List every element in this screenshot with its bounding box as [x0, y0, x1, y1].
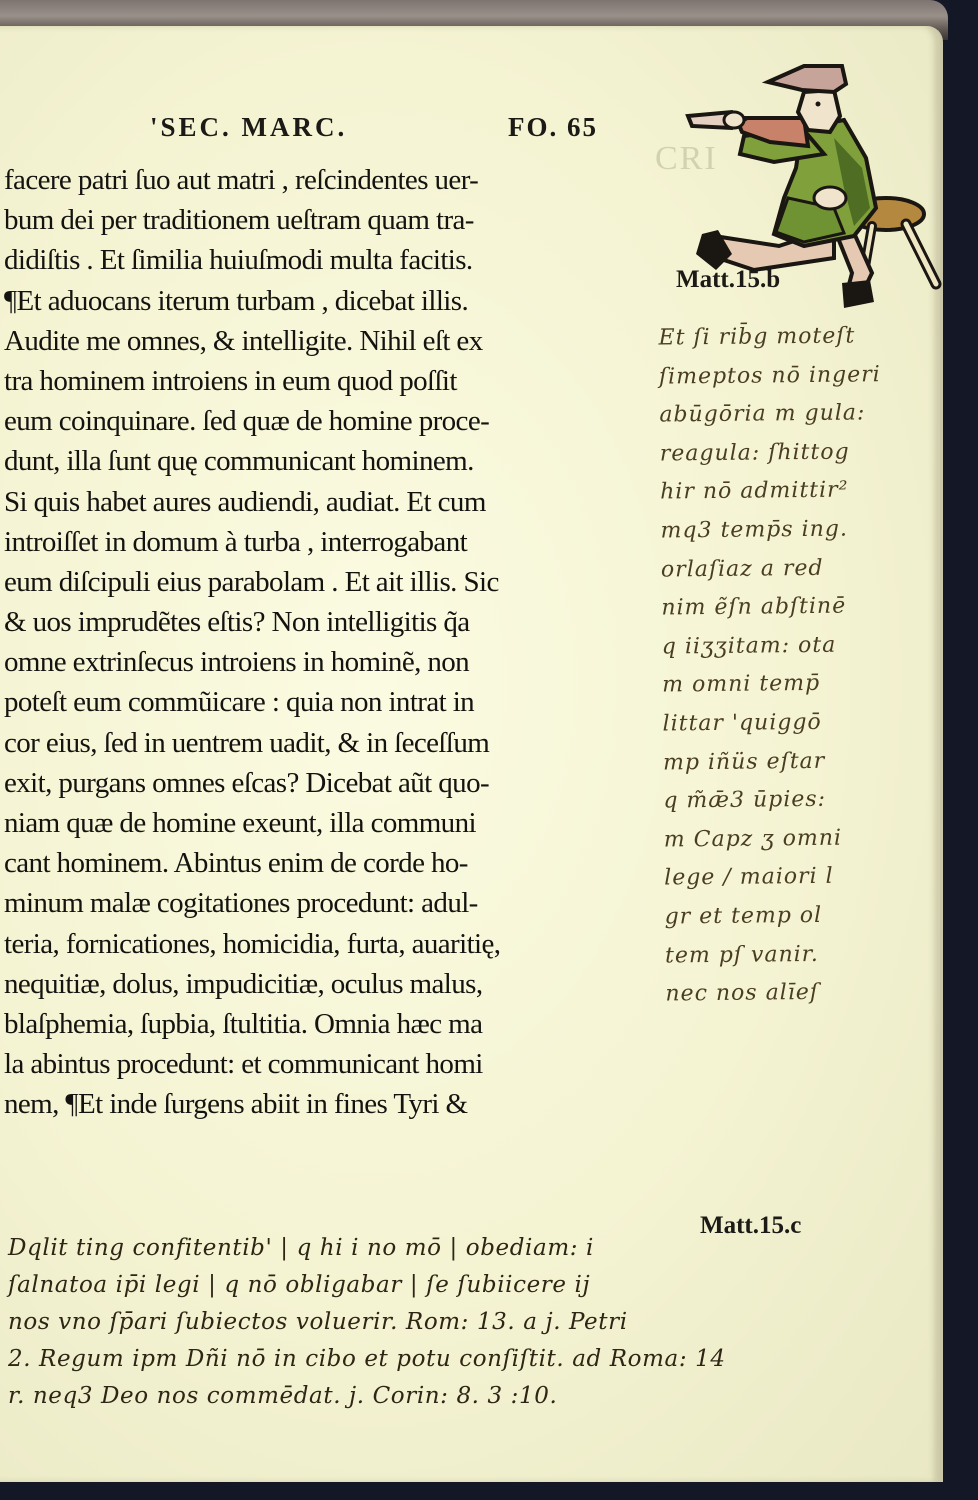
bottom-note-line: 2. Regum ipm Dñi nō in cibo et potu conſ…	[8, 1341, 953, 1378]
text-line: la abintus procedunt: et communicant hom…	[4, 1044, 669, 1084]
text-line: nequitiæ, dolus, impudicitiæ, oculus mal…	[4, 964, 669, 1004]
marginalia-line: nec nos alīeſ	[665, 973, 955, 1015]
text-line: bum dei per traditionem ueſtram quam tra…	[4, 200, 669, 240]
marginalia-line: lege / maiori l	[664, 857, 954, 899]
text-line: cor eius, ſed in uentrem uadit, & in ſec…	[4, 723, 669, 763]
marginalia-line: littar 'quiggō	[662, 702, 952, 744]
text-line: exit, purgans omnes eſcas? Dicebat aũt q…	[4, 763, 669, 803]
marginalia-line: m omni temp̄	[662, 664, 952, 706]
bottom-note-line: nos vno ſp̄ari ſubiectos voluerir. Rom: …	[8, 1304, 953, 1341]
text-line: poteſt eum commũicare : quia non intrat …	[4, 682, 669, 722]
marginalia-line: orlaſiaz a red	[661, 548, 951, 590]
bottom-note-line: ſalnatoa ip̄i legi | q nō obligabar | ſe…	[8, 1267, 953, 1304]
printed-body-text: facere patri ſuo aut matri , reſcindente…	[4, 160, 669, 1125]
marginalia-line: gr et temp ol	[664, 895, 954, 937]
marginalia-line: q iiʒʒitam: ota	[662, 625, 952, 667]
marginalia-line: m Capz ʒ omni	[664, 818, 954, 860]
marginalia-line: nim ẽſn abſtinē	[661, 587, 951, 629]
text-line: teria, fornicationes, homicidia, furta, …	[4, 924, 669, 964]
text-line: & uos imprudẽtes eſtis? Non intelligitis…	[4, 602, 669, 642]
text-line: Si quis habet aures audiendi, audiat. Et…	[4, 482, 669, 522]
text-line: didiſtis . Et ſimilia huiuſmodi multa fa…	[4, 240, 669, 280]
marginalia-line: mq3 temp̄s ing.	[660, 509, 950, 551]
side-note-matt-15b: Matt.15.b	[676, 266, 780, 294]
text-line: dunt, illa ſunt quę communicant hominem.	[4, 441, 669, 481]
marginalia-line: ſimeptos nō ingeri	[659, 355, 949, 397]
text-line: Audite me omnes, & intelligite. Nihil eſ…	[4, 321, 669, 361]
text-line: eum diſcipuli eius parabolam . Et ait il…	[4, 562, 669, 602]
text-line: cant hominem. Abintus enim de corde ho-	[4, 843, 669, 883]
text-line: introiſſet in domum à turba , interrogab…	[4, 522, 669, 562]
marginalia-line: reagula: ſhittog	[660, 432, 950, 474]
handwritten-marginalia: Et ſi rib̄g moteſt ſimeptos nō ingeri ab…	[658, 317, 955, 1015]
marginalia-line: Et ſi rib̄g moteſt	[658, 317, 948, 359]
text-line: niam quæ de homine exeunt, illa communi	[4, 803, 669, 843]
handwritten-bottom-notes: Dqlit ting confitentib' | q hi i no mō |…	[8, 1230, 953, 1415]
bottom-note-line: Dqlit ting confitentib' | q hi i no mō |…	[8, 1230, 953, 1267]
marginalia-line: q m̃ǣ3 ūpies:	[663, 780, 953, 822]
text-line: ¶Et aduocans iterum turbam , dicebat ill…	[4, 281, 669, 321]
marginalia-line: abūgōria m gula:	[659, 394, 949, 436]
text-line: eum coinquinare. ſed quæ de homine proce…	[4, 401, 669, 441]
text-line: blaſphemia, ſupbia, ſtultitia. Omnia hæc…	[4, 1004, 669, 1044]
marginalia-line: hir nō admittir²	[660, 471, 950, 513]
text-line: minum malæ cogitationes procedunt: adul-	[4, 883, 669, 923]
text-line: facere patri ſuo aut matri , reſcindente…	[4, 160, 669, 200]
folio-number: FO. 65	[508, 112, 598, 143]
text-line: nem, ¶Et inde ſurgens abiit in fines Tyr…	[4, 1084, 669, 1124]
text-line: tra hominem introiens in eum quod poſſit	[4, 361, 669, 401]
marginalia-line: tem pſ vanir.	[665, 934, 955, 976]
running-head: 'SEC. MARC.	[150, 112, 347, 143]
bottom-note-line: r. neq3 Deo nos commēdat. j. Corin: 8. 3…	[8, 1378, 953, 1415]
marginalia-line: mp iñüs eſtar	[663, 741, 953, 783]
text-line: omne extrinſecus introiens in hominẽ, no…	[4, 642, 669, 682]
